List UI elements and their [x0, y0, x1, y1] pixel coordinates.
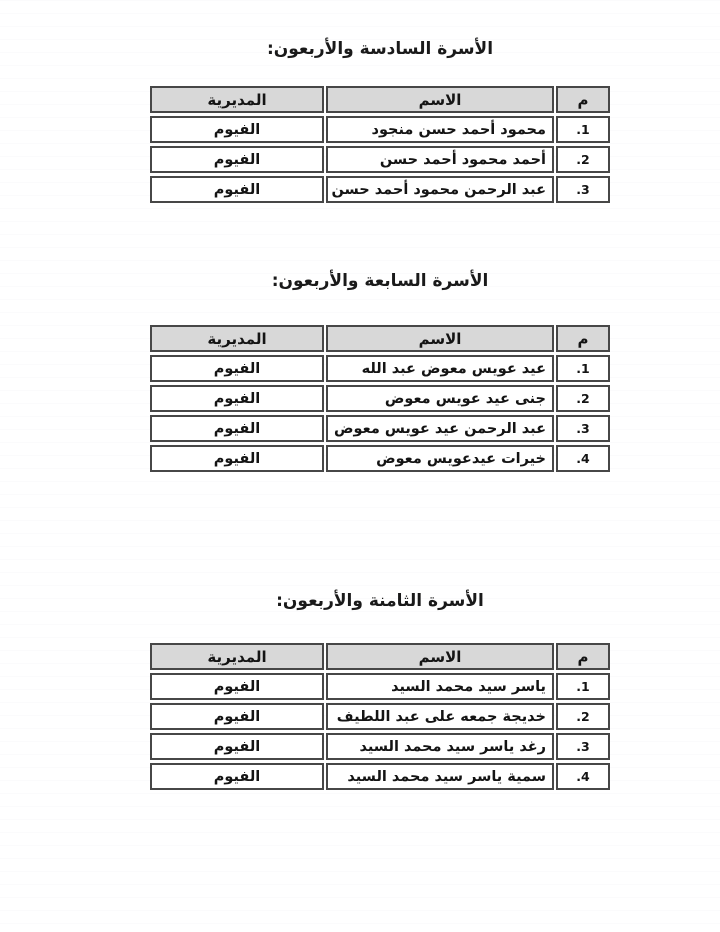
cell-index: 3. [556, 733, 610, 760]
table-row: 2. أحمد محمود أحمد حسن الفيوم [150, 146, 610, 173]
section-title: الأسرة الثامنة والأربعون: [148, 588, 612, 614]
cell-index: 2. [556, 703, 610, 730]
table-row: 1. محمود أحمد حسن منجود الفيوم [150, 116, 610, 143]
col-header-index: م [556, 643, 610, 670]
cell-index: 1. [556, 355, 610, 382]
cell-directorate: الفيوم [150, 355, 324, 382]
cell-name: ياسر سيد محمد السيد [326, 673, 554, 700]
table-row: 4. خيرات عيدعويس معوض الفيوم [150, 445, 610, 472]
section-title: الأسرة السابعة والأربعون: [148, 268, 612, 294]
table-header-row: م الاسم المديرية [150, 325, 610, 352]
col-header-name: الاسم [326, 325, 554, 352]
cell-directorate: الفيوم [150, 673, 324, 700]
cell-name: جنى عيد عويس معوض [326, 385, 554, 412]
cell-index: 1. [556, 673, 610, 700]
cell-directorate: الفيوم [150, 385, 324, 412]
table-row: 4. سمية ياسر سيد محمد السيد الفيوم [150, 763, 610, 790]
cell-directorate: الفيوم [150, 703, 324, 730]
col-header-index: م [556, 86, 610, 113]
table-row: 3. عبد الرحمن محمود أحمد حسن الفيوم [150, 176, 610, 203]
cell-directorate: الفيوم [150, 176, 324, 203]
cell-name: عيد عويس معوض عبد الله [326, 355, 554, 382]
cell-directorate: الفيوم [150, 763, 324, 790]
table-row: 1. ياسر سيد محمد السيد الفيوم [150, 673, 610, 700]
cell-directorate: الفيوم [150, 733, 324, 760]
cell-directorate: الفيوم [150, 445, 324, 472]
cell-directorate: الفيوم [150, 415, 324, 442]
col-header-name: الاسم [326, 86, 554, 113]
cell-index: 2. [556, 146, 610, 173]
table-row: 2. خديجة جمعه على عبد اللطيف الفيوم [150, 703, 610, 730]
col-header-index: م [556, 325, 610, 352]
cell-directorate: الفيوم [150, 116, 324, 143]
cell-index: 1. [556, 116, 610, 143]
table-header-row: م الاسم المديرية [150, 643, 610, 670]
table-row: 1. عيد عويس معوض عبد الله الفيوم [150, 355, 610, 382]
cell-name: عبد الرحمن محمود أحمد حسن [326, 176, 554, 203]
cell-name: عبد الرحمن عيد عويس معوض [326, 415, 554, 442]
cell-name: رغد ياسر سيد محمد السيد [326, 733, 554, 760]
cell-name: أحمد محمود أحمد حسن [326, 146, 554, 173]
col-header-name: الاسم [326, 643, 554, 670]
family-table-47: م الاسم المديرية 1. عيد عويس معوض عبد ال… [148, 322, 612, 475]
cell-index: 4. [556, 763, 610, 790]
col-header-directorate: المديرية [150, 86, 324, 113]
document-page: الأسرة السادسة والأربعون: م الاسم المدير… [0, 0, 720, 932]
family-table-46: م الاسم المديرية 1. محمود أحمد حسن منجود… [148, 83, 612, 206]
cell-name: خيرات عيدعويس معوض [326, 445, 554, 472]
cell-name: سمية ياسر سيد محمد السيد [326, 763, 554, 790]
table-row: 3. رغد ياسر سيد محمد السيد الفيوم [150, 733, 610, 760]
cell-name: خديجة جمعه على عبد اللطيف [326, 703, 554, 730]
family-table-48: م الاسم المديرية 1. ياسر سيد محمد السيد … [148, 640, 612, 793]
cell-name: محمود أحمد حسن منجود [326, 116, 554, 143]
family-section-46: الأسرة السادسة والأربعون: م الاسم المدير… [148, 36, 612, 206]
cell-index: 2. [556, 385, 610, 412]
cell-index: 3. [556, 415, 610, 442]
table-row: 3. عبد الرحمن عيد عويس معوض الفيوم [150, 415, 610, 442]
family-section-48: الأسرة الثامنة والأربعون: م الاسم المدير… [148, 588, 612, 793]
cell-index: 3. [556, 176, 610, 203]
cell-index: 4. [556, 445, 610, 472]
cell-directorate: الفيوم [150, 146, 324, 173]
col-header-directorate: المديرية [150, 643, 324, 670]
family-section-47: الأسرة السابعة والأربعون: م الاسم المدير… [148, 268, 612, 475]
table-row: 2. جنى عيد عويس معوض الفيوم [150, 385, 610, 412]
table-header-row: م الاسم المديرية [150, 86, 610, 113]
section-title: الأسرة السادسة والأربعون: [148, 36, 612, 62]
col-header-directorate: المديرية [150, 325, 324, 352]
